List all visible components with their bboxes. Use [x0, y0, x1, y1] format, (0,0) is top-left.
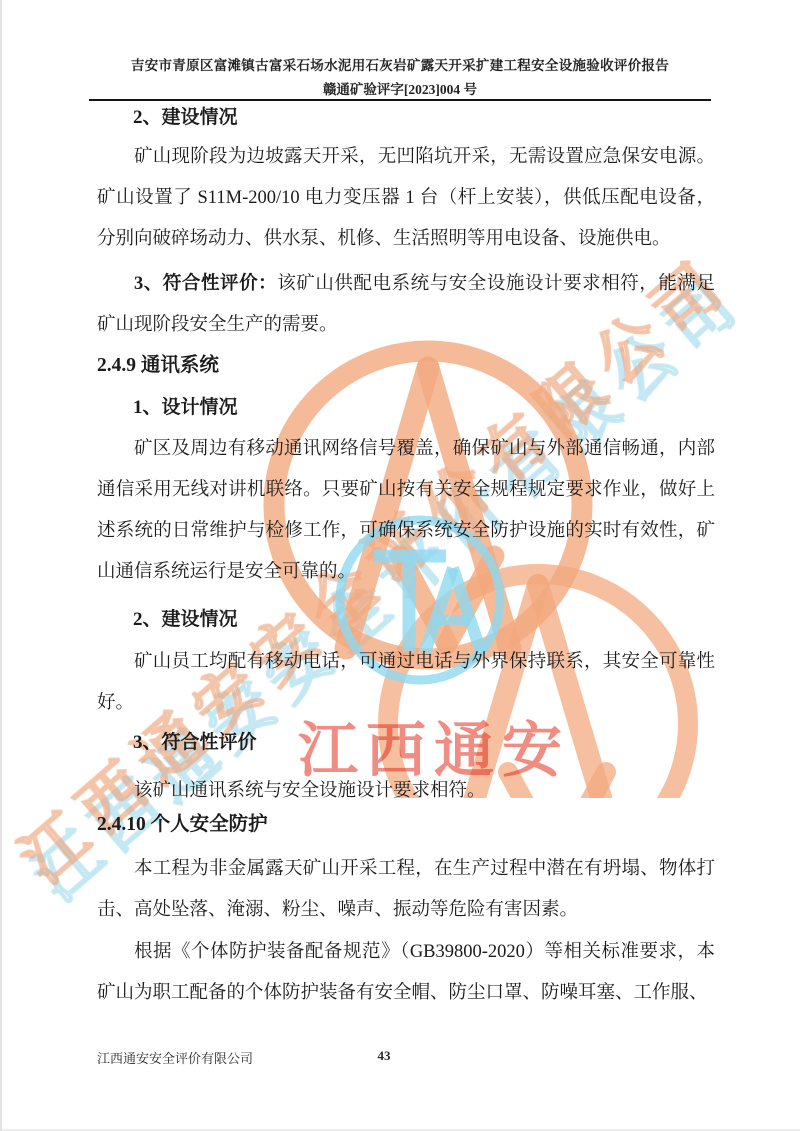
section-heading-personal-protection: 2.4.10 个人安全防护	[97, 804, 715, 845]
footer-company-name: 江西通安安全评价有限公司	[97, 1048, 253, 1067]
body-paragraph-ppe-standard: 根据《个体防护装备配备规范》（GB39800-2020）等相关标准要求，本矿山为…	[97, 932, 715, 1014]
paragraph-lead-conformity: 3、符合性评价：	[134, 274, 277, 294]
body-paragraph-mobile-phones: 矿山员工均配有移动电话，可通过电话与外界保持联系，其安全可靠性好。	[97, 642, 715, 724]
body-paragraph-power-supply: 矿山现阶段为边坡露天开采，无凹陷坑开采，无需设置应急保安电源。矿山设置了 S11…	[97, 137, 715, 260]
numbered-heading-design: 1、设计情况	[97, 387, 715, 428]
numbered-heading-conformity-evaluation: 3、符合性评价	[97, 722, 715, 763]
section-heading-communication-system: 2.4.9 通讯系统	[97, 345, 715, 386]
body-paragraph-network-coverage: 矿区及周边有移动通讯网络信号覆盖，确保矿山与外部通信畅通，内部通信采用无线对讲机…	[97, 429, 715, 593]
footer-page-number: 43	[352, 1048, 416, 1064]
header-report-title: 吉安市青原区富滩镇古富采石场水泥用石灰岩矿露天开采扩建工程安全设施验收评价报告	[60, 54, 740, 74]
numbered-heading-construction: 2、建设情况	[97, 97, 715, 138]
body-paragraph-conformity-power: 3、符合性评价：该矿山供配电系统与安全设施设计要求相符，能满足矿山现阶段安全生产…	[97, 264, 715, 346]
report-page: 江西通安安全评价有限公司 江西通安安全评价有限公司	[0, 0, 800, 1131]
header-document-number: 赣通矿验评字[2023]004 号	[60, 78, 740, 98]
body-paragraph-hazards: 本工程为非金属露天矿山开采工程，在生产过程中潜在有坍塌、物体打击、高处坠落、淹溺…	[97, 849, 715, 931]
numbered-heading-construction-2: 2、建设情况	[97, 599, 715, 640]
